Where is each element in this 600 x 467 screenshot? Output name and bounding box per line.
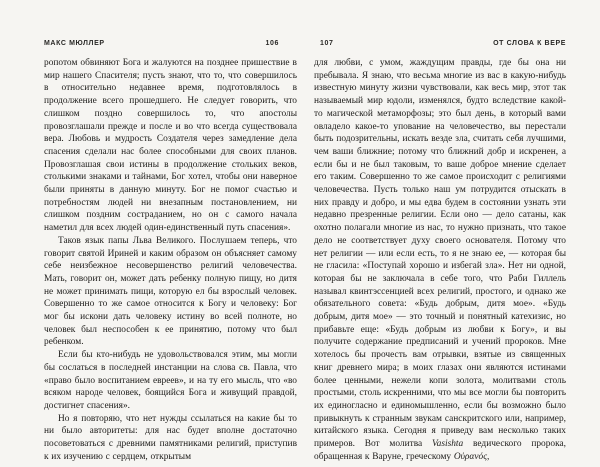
right-page-text: для любви, с умом, жаждущим правды, где … <box>314 57 566 464</box>
paragraph: ропотом обвиняют Бога и жалуются на позд… <box>44 57 297 235</box>
left-page-text: ропотом обвиняют Бога и жалуются на позд… <box>44 57 297 464</box>
left-page-header: МАКС МЮЛЛЕР 106 <box>44 40 297 50</box>
book-spread: МАКС МЮЛЛЕР 106 ропотом обвиняют Бога и … <box>0 0 600 467</box>
right-page: 107 ОТ СЛОВА К ВЕРЕ для любви, с умом, ж… <box>314 40 566 464</box>
running-title-right: ОТ СЛОВА К ВЕРЕ <box>493 40 566 47</box>
paragraph: Таков язык папы Льва Великого. Послушаем… <box>44 235 297 349</box>
page-number-right: 107 <box>320 40 333 47</box>
paragraph: Но я повторяю, что нет нужды ссылаться н… <box>44 413 297 464</box>
paragraph: Если бы кто-нибудь не удовольствовался э… <box>44 349 297 413</box>
paragraph: для любви, с умом, жаждущим правды, где … <box>314 57 566 464</box>
right-page-header: 107 ОТ СЛОВА К ВЕРЕ <box>314 40 566 50</box>
running-title-left: МАКС МЮЛЛЕР <box>44 40 105 47</box>
left-page: МАКС МЮЛЛЕР 106 ропотом обвиняют Бога и … <box>44 40 297 464</box>
page-number-left: 106 <box>266 40 279 47</box>
